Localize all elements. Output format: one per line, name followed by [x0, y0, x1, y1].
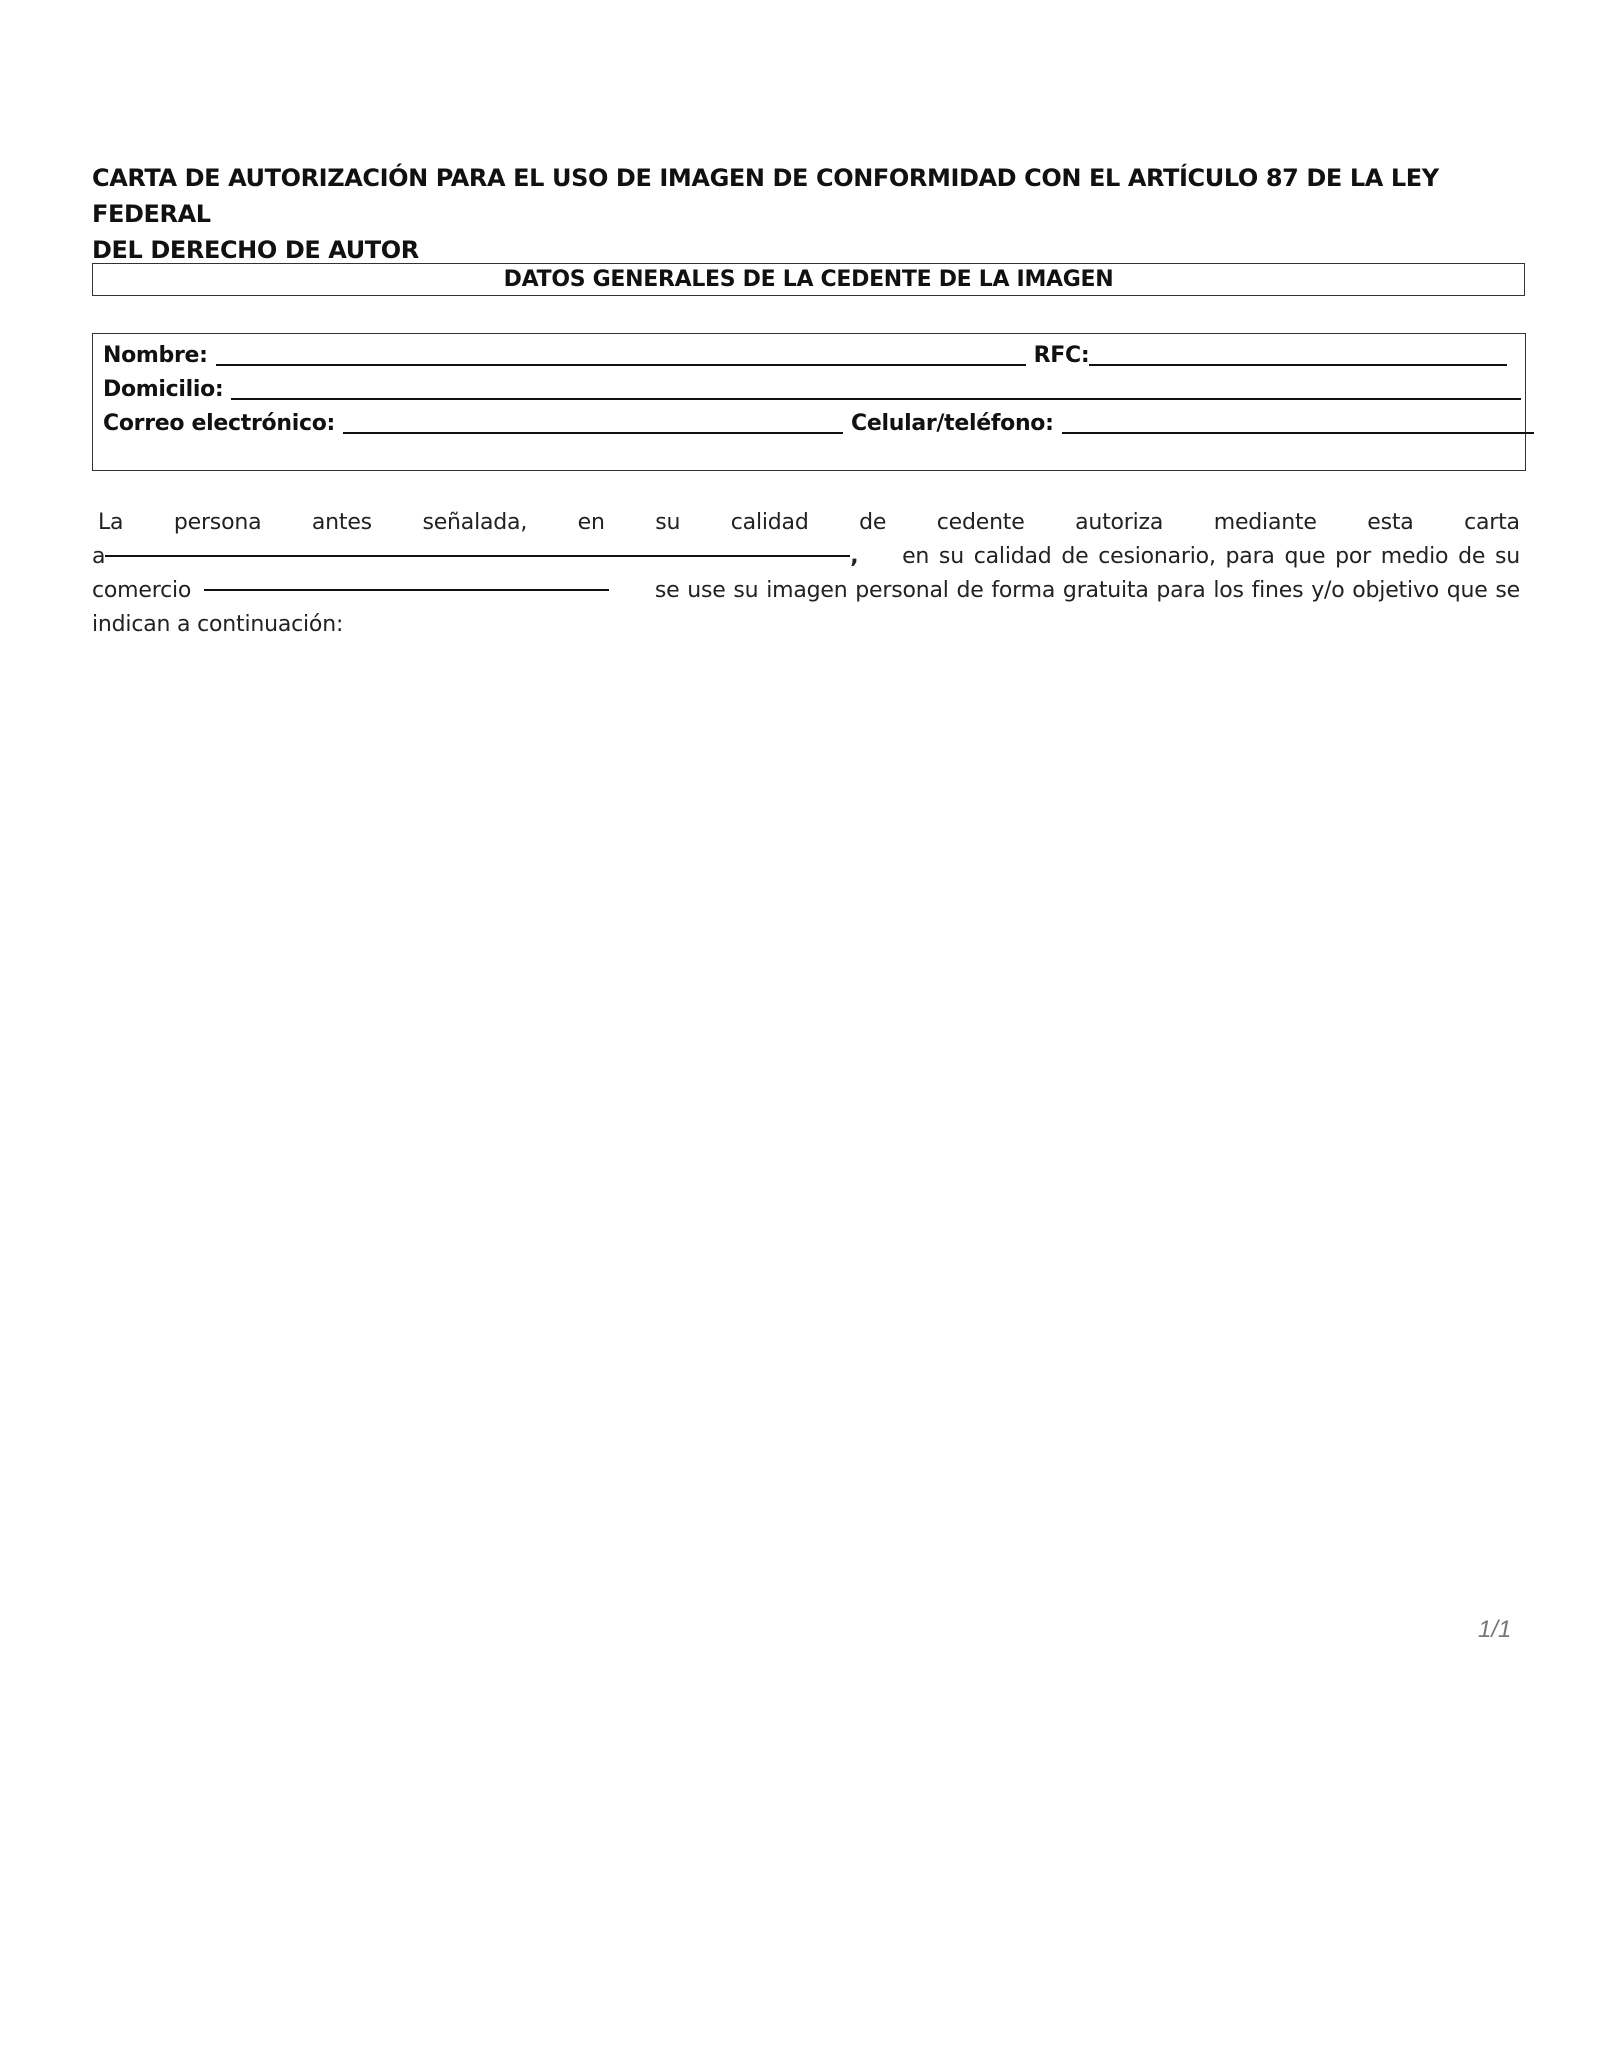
authorization-paragraph: Lapersonaantesseñalada,ensucalidaddecede…	[92, 506, 1520, 642]
section-heading: DATOS GENERALES DE LA CEDENTE DE LA IMAG…	[92, 263, 1525, 296]
correo-label: Correo electrónico:	[103, 410, 335, 438]
cedente-form: Nombre: RFC: Domicilio: Correo electróni…	[92, 333, 1526, 471]
page-number: 1/1	[1478, 1616, 1511, 1644]
domicilio-field[interactable]	[231, 376, 1521, 400]
row-nombre-rfc: Nombre: RFC:	[103, 338, 1507, 370]
line1-word: carta	[1464, 506, 1520, 540]
line1-word: mediante	[1214, 506, 1317, 540]
line1-word: de	[859, 506, 886, 540]
line1-word: esta	[1367, 506, 1413, 540]
correo-field[interactable]	[343, 410, 843, 434]
paragraph-line-3: comercio se use su imagen personal de fo…	[92, 574, 1520, 608]
celular-field[interactable]	[1062, 410, 1534, 434]
line4-text: indican a continuación:	[92, 608, 343, 642]
nombre-field[interactable]	[216, 342, 1026, 366]
line1-word: autoriza	[1075, 506, 1163, 540]
line3-suffix: se use su imagen personal de forma gratu…	[655, 574, 1520, 608]
line2-suffix: en su calidad de cesionario, para que po…	[902, 540, 1520, 574]
domicilio-label: Domicilio:	[103, 376, 223, 404]
line1-word: cedente	[937, 506, 1025, 540]
cesionario-field[interactable]	[105, 531, 850, 557]
line3-prefix: comercio	[92, 578, 191, 603]
comercio-field[interactable]	[204, 565, 609, 591]
row-domicilio: Domicilio:	[103, 372, 1521, 404]
rfc-field[interactable]	[1089, 342, 1507, 366]
paragraph-line-4: indican a continuación:	[92, 608, 1520, 642]
document-title: CARTA DE AUTORIZACIÓN PARA EL USO DE IMA…	[92, 160, 1532, 268]
line2-comma: ,	[850, 544, 858, 569]
row-correo-celular: Correo electrónico: Celular/teléfono:	[103, 406, 1534, 438]
celular-label: Celular/teléfono:	[851, 410, 1054, 438]
title-line-1: CARTA DE AUTORIZACIÓN PARA EL USO DE IMA…	[92, 160, 1532, 232]
rfc-label: RFC:	[1034, 342, 1090, 370]
nombre-label: Nombre:	[103, 342, 208, 370]
